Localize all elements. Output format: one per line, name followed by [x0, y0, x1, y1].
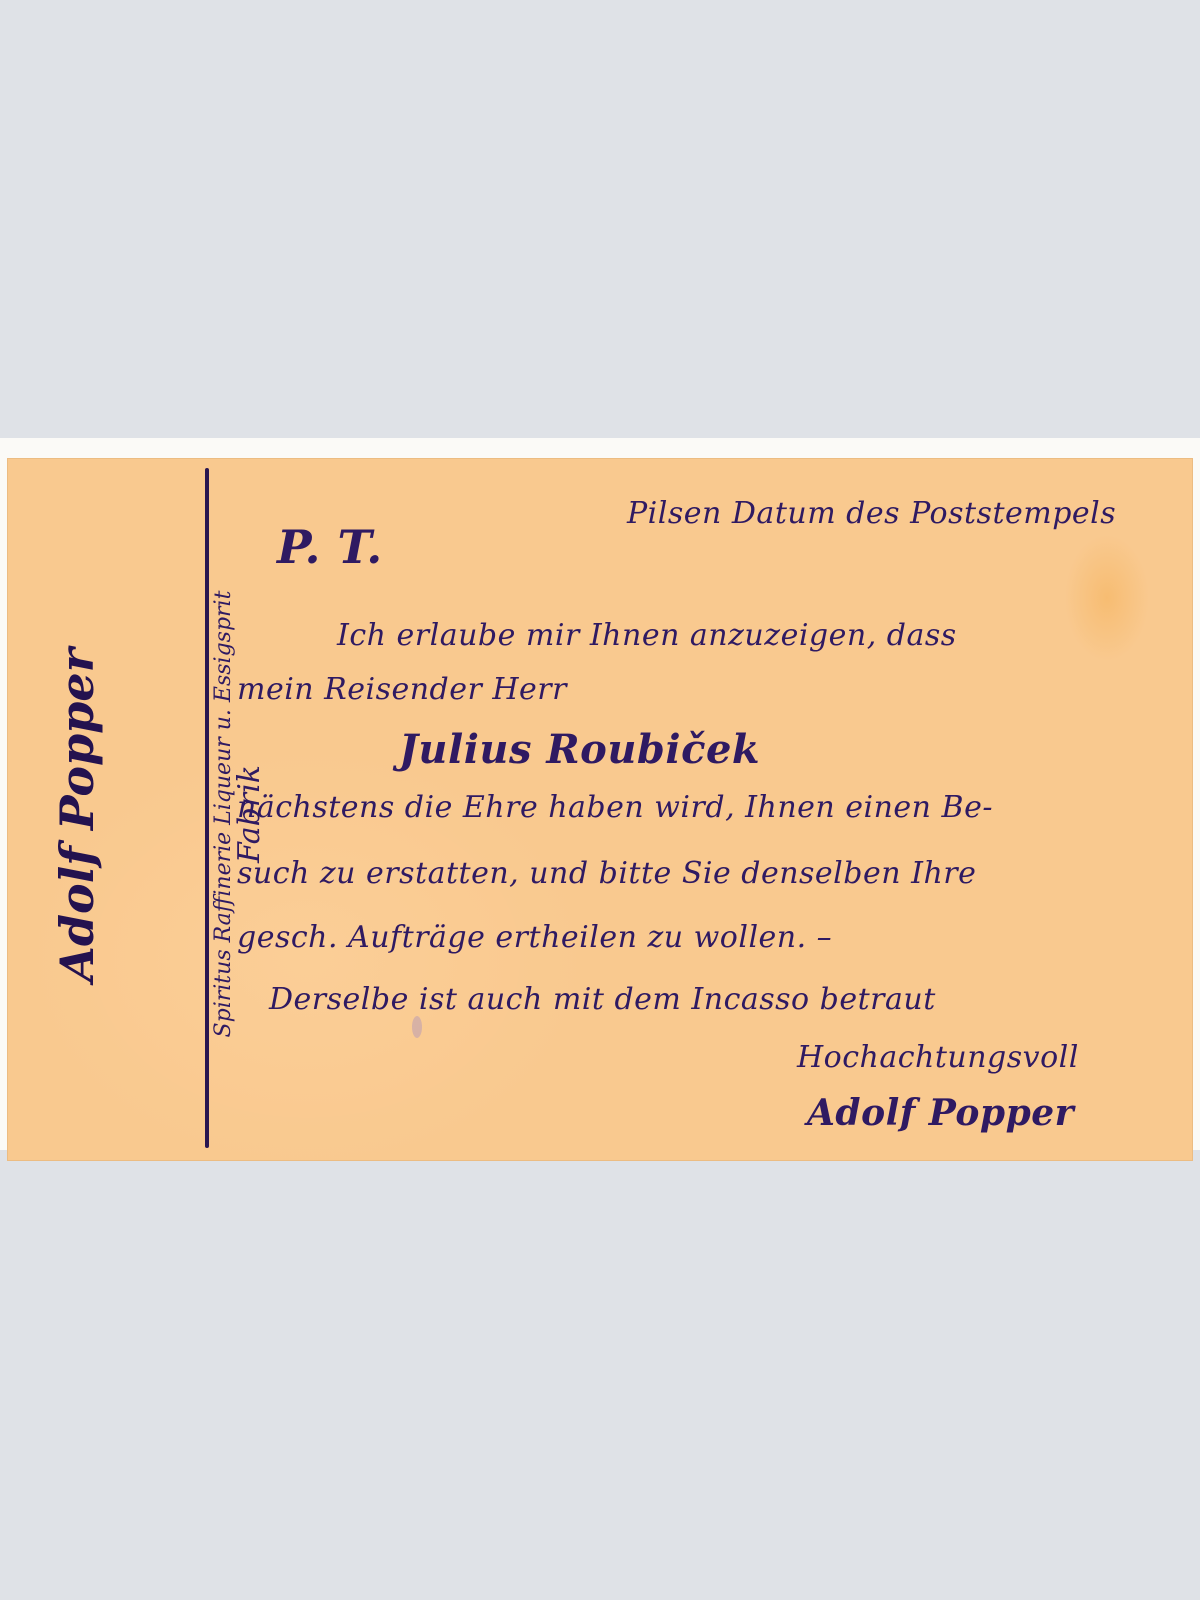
letterhead-company-name: Adolf Popper — [50, 535, 104, 1095]
signature: Adolf Popper — [807, 1092, 1074, 1134]
postcard: Adolf Popper Spiritus Raffinerie Liqueur… — [7, 458, 1193, 1161]
message-line-4: such zu erstatten, und bitte Sie denselb… — [237, 856, 976, 891]
traveller-name: Julius Roubiček — [399, 726, 760, 773]
salutation: P. T. — [277, 520, 383, 574]
message-line-1: Ich erlaube mir Ihnen anzuzeigen, dass — [337, 618, 957, 653]
date-line: Pilsen Datum des Poststempels — [627, 496, 1116, 531]
closing: Hochachtungsvoll — [797, 1040, 1079, 1075]
message-line-5: gesch. Aufträge ertheilen zu wollen. – — [237, 920, 832, 955]
message-line-6: Derselbe ist auch mit dem Incasso betrau… — [269, 982, 936, 1017]
message-line-3: nächstens die Ehre haben wird, Ihnen ein… — [237, 790, 993, 825]
letterhead-sidebar: Adolf Popper Spiritus Raffinerie Liqueur… — [7, 458, 202, 1161]
message-line-2: mein Reisender Herr — [237, 672, 567, 707]
vertical-divider-rule — [205, 468, 209, 1148]
ink-blot — [412, 1016, 422, 1038]
